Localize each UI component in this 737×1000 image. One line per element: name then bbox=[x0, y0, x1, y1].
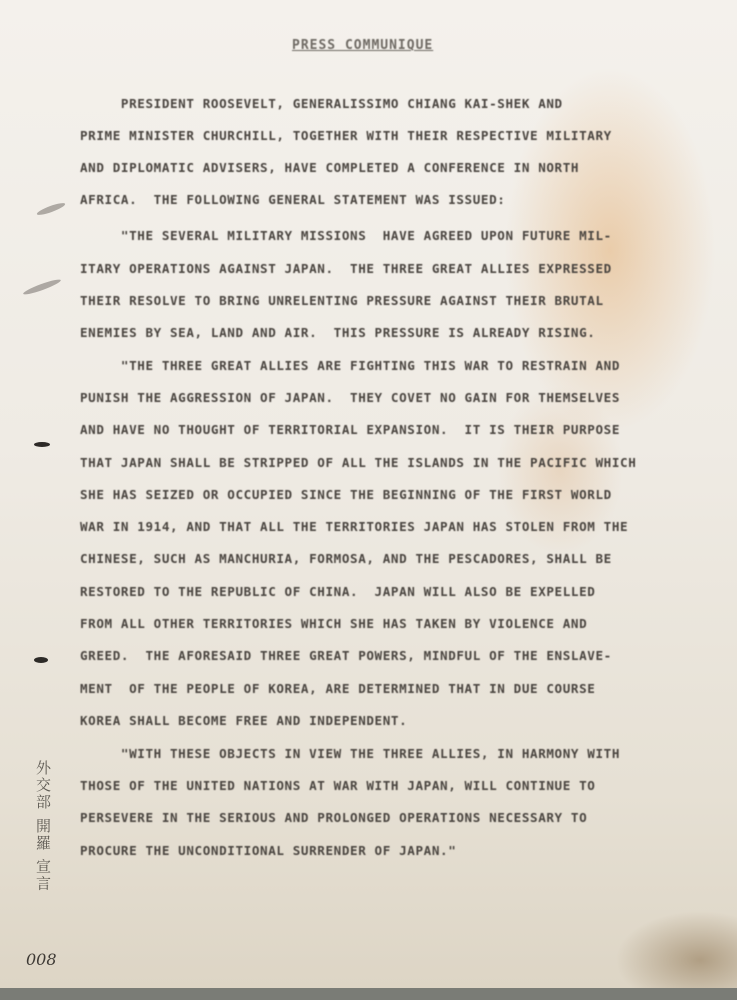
text-line: THEIR RESOLVE TO BRING UNRELENTING PRESS… bbox=[80, 293, 604, 308]
text-line: ENEMIES BY SEA, LAND AND AIR. THIS PRESS… bbox=[80, 325, 595, 340]
punch-mark bbox=[34, 657, 48, 663]
text-line: THAT JAPAN SHALL BE STRIPPED OF ALL THE … bbox=[80, 455, 636, 470]
text-line: "WITH THESE OBJECTS IN VIEW THE THREE AL… bbox=[80, 746, 620, 761]
document-title: PRESS COMMUNIQUE bbox=[292, 38, 433, 53]
text-line: PUNISH THE AGGRESSION OF JAPAN. THEY COV… bbox=[80, 390, 620, 405]
text-line: CHINESE, SUCH AS MANCHURIA, FORMOSA, AND… bbox=[80, 551, 612, 566]
text-line: RESTORED TO THE REPUBLIC OF CHINA. JAPAN… bbox=[80, 584, 595, 599]
text-line: THOSE OF THE UNITED NATIONS AT WAR WITH … bbox=[80, 778, 595, 793]
page-number: 008 bbox=[26, 950, 57, 969]
text-line: PRESIDENT ROOSEVELT, GENERALISSIMO CHIAN… bbox=[80, 96, 563, 111]
text-line: KOREA SHALL BECOME FREE AND INDEPENDENT. bbox=[80, 713, 407, 728]
text-line: MENT OF THE PEOPLE OF KOREA, ARE DETERMI… bbox=[80, 681, 595, 696]
scan-border bbox=[0, 988, 737, 1000]
text-line: SHE HAS SEIZED OR OCCUPIED SINCE THE BEG… bbox=[80, 487, 612, 502]
text-line: PERSEVERE IN THE SERIOUS AND PROLONGED O… bbox=[80, 810, 587, 825]
text-line: PRIME MINISTER CHURCHILL, TOGETHER WITH … bbox=[80, 128, 612, 143]
text-line: PROCURE THE UNCONDITIONAL SURRENDER OF J… bbox=[80, 843, 456, 858]
paper-crease-mark bbox=[36, 201, 66, 217]
text-line: AND HAVE NO THOUGHT OF TERRITORIAL EXPAN… bbox=[80, 422, 620, 437]
text-line: AND DIPLOMATIC ADVISERS, HAVE COMPLETED … bbox=[80, 160, 579, 175]
text-line: AFRICA. THE FOLLOWING GENERAL STATEMENT … bbox=[80, 192, 505, 207]
punch-mark bbox=[34, 442, 50, 447]
margin-handwriting: 外交部 開羅 宣言 bbox=[14, 760, 54, 940]
document-page: PRESS COMMUNIQUE PRESIDENT ROOSEVELT, GE… bbox=[0, 0, 737, 988]
paper-crease-mark bbox=[22, 277, 62, 296]
text-line: GREED. THE AFORESAID THREE GREAT POWERS,… bbox=[80, 648, 612, 663]
text-line: "THE THREE GREAT ALLIES ARE FIGHTING THI… bbox=[80, 358, 620, 373]
text-line: ITARY OPERATIONS AGAINST JAPAN. THE THRE… bbox=[80, 261, 612, 276]
text-line: "THE SEVERAL MILITARY MISSIONS HAVE AGRE… bbox=[80, 228, 612, 243]
text-line: FROM ALL OTHER TERRITORIES WHICH SHE HAS… bbox=[80, 616, 587, 631]
text-line: WAR IN 1914, AND THAT ALL THE TERRITORIE… bbox=[80, 519, 628, 534]
